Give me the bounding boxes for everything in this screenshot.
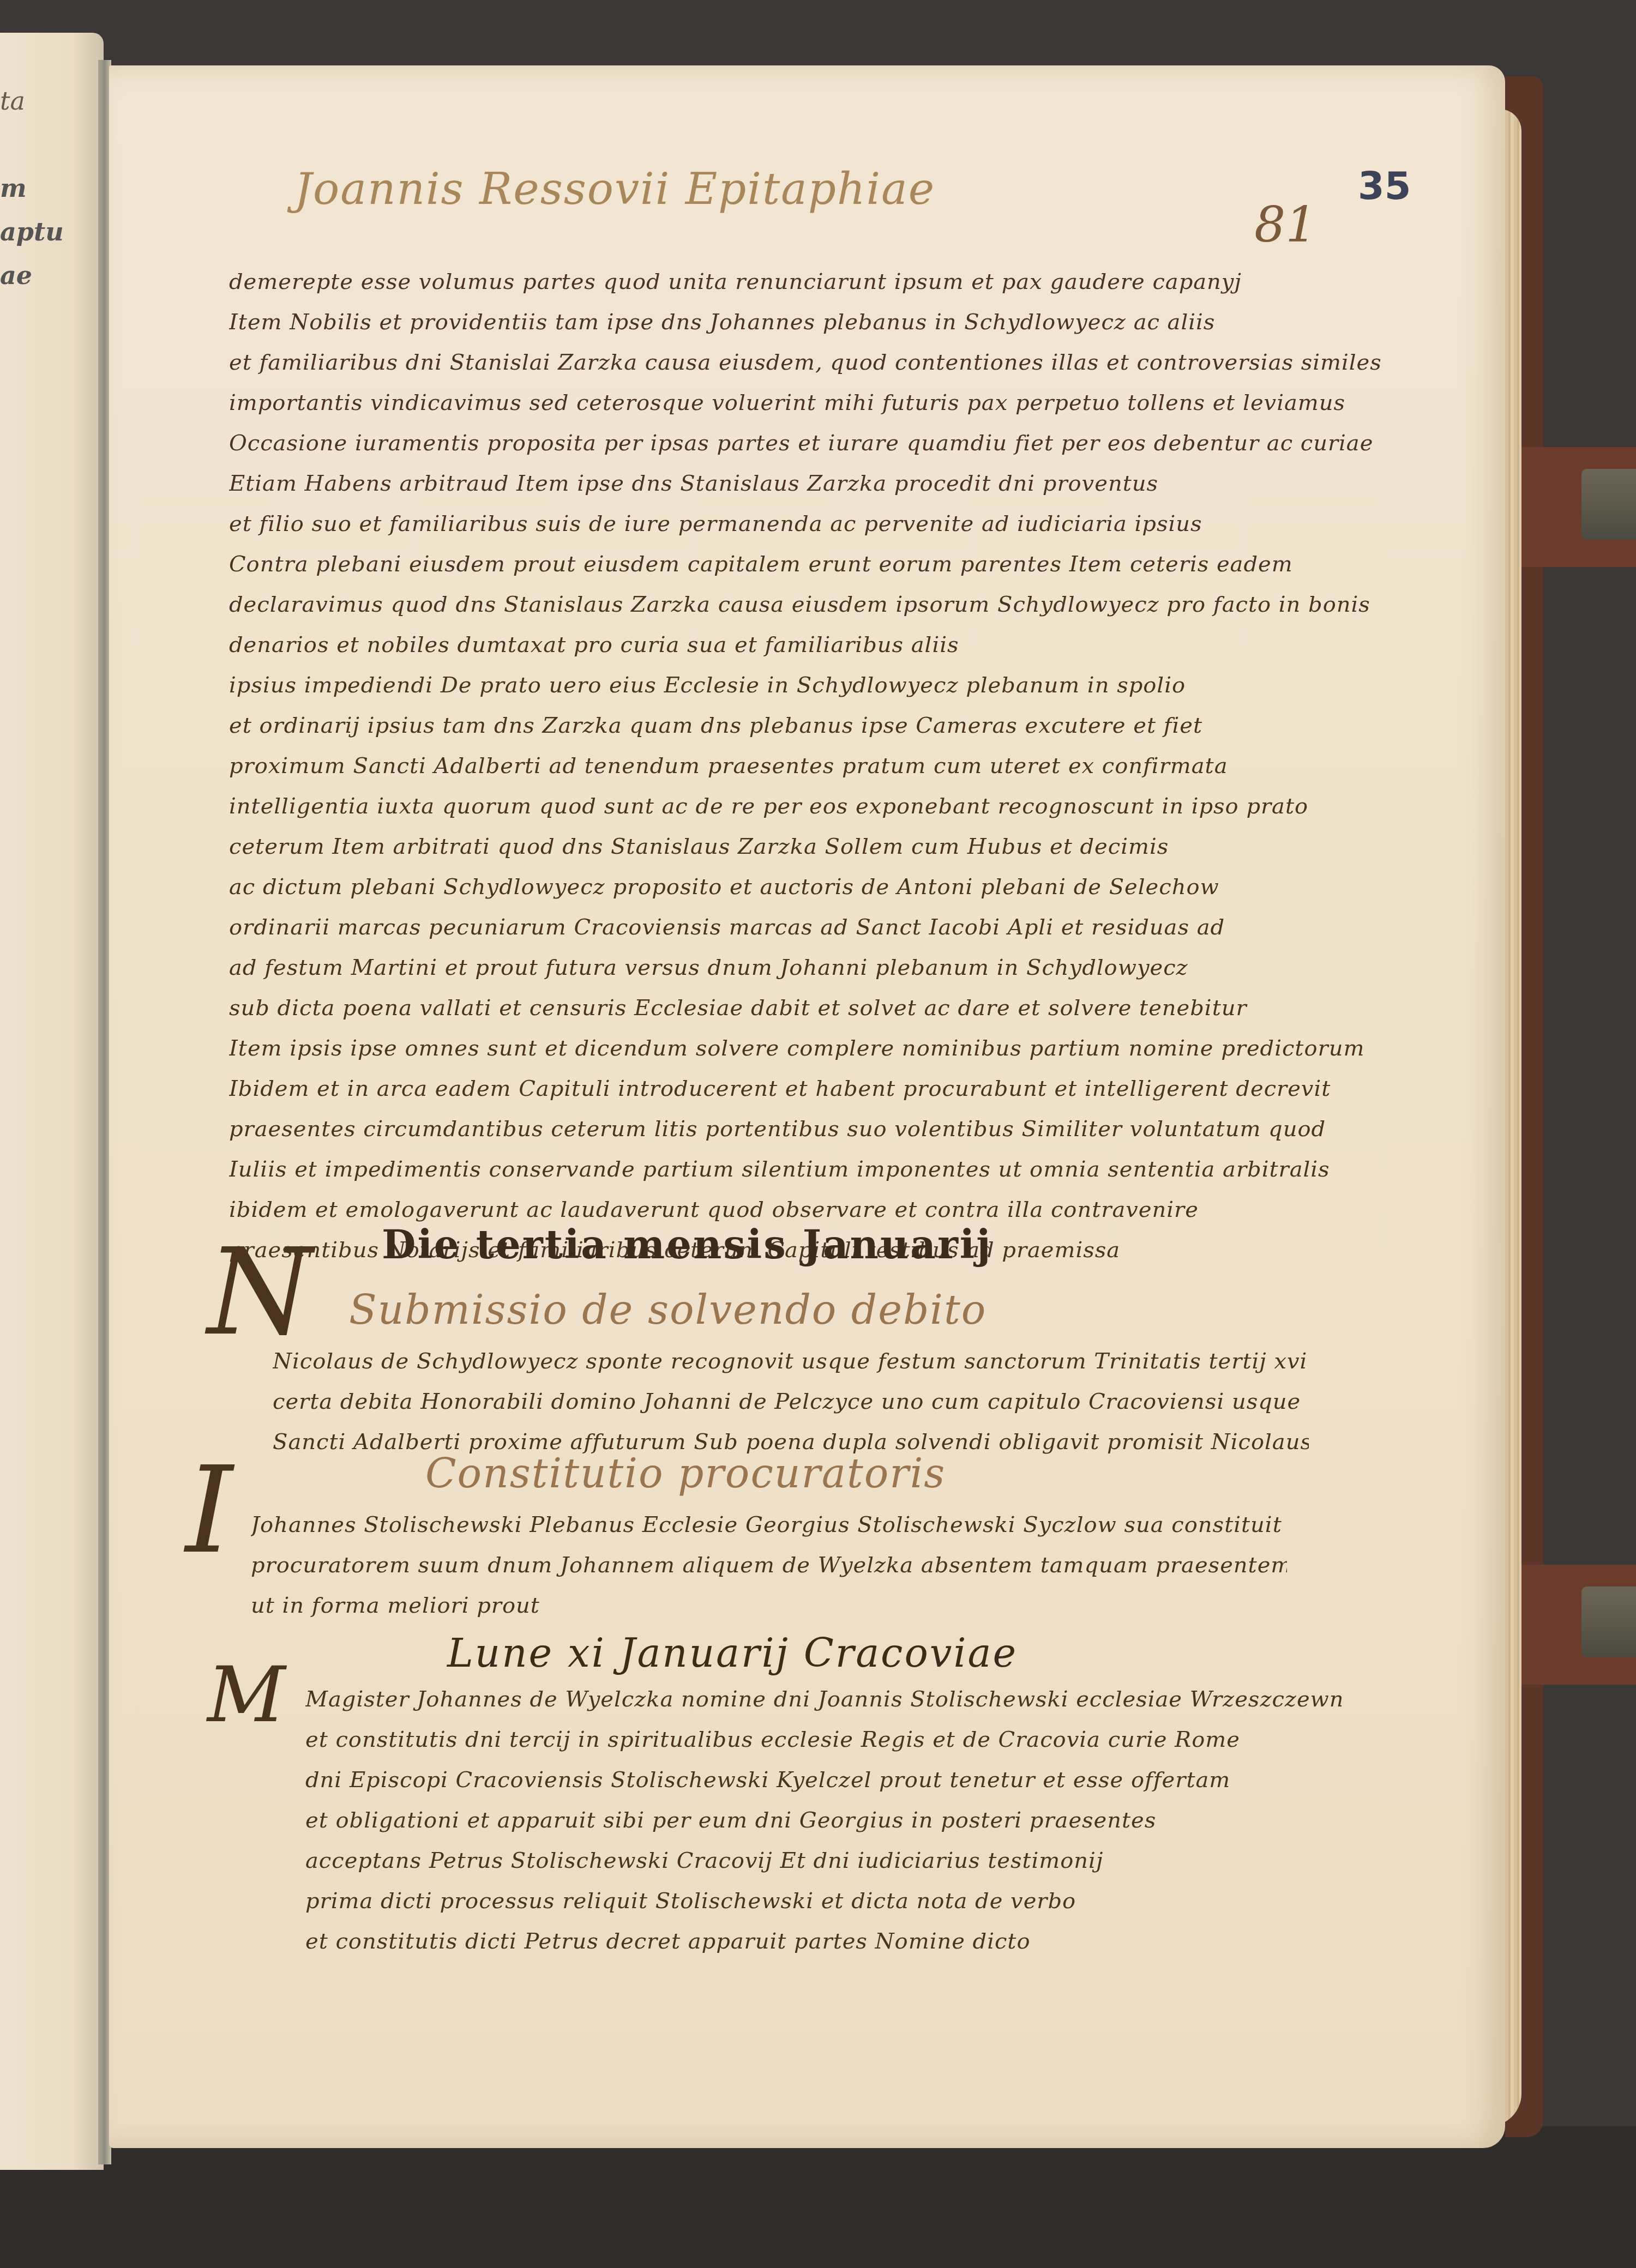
decorated-initial: I	[185, 1450, 233, 1570]
text-line: ut in forma meliori prout	[251, 1585, 1287, 1626]
text-line: denarios et nobiles dumtaxat pro curia s…	[229, 625, 1396, 665]
text-line: certa debita Honorabili domino Johanni d…	[273, 1382, 1309, 1422]
text-line: sub dicta poena vallati et censuris Eccl…	[229, 988, 1396, 1028]
section-date-heading: Die tertia mensis Januarij	[382, 1221, 992, 1268]
left-page-heading-3: ae	[0, 262, 98, 289]
text-line: declaravimus quod dns Stanislaus Zarzka …	[229, 584, 1396, 625]
text-line: Contra plebani eiusdem prout eiusdem cap…	[229, 544, 1396, 584]
text-line: demerepte esse volumus partes quod unita…	[229, 262, 1396, 302]
text-line: Etiam Habens arbitraud Item ipse dns Sta…	[229, 463, 1396, 504]
text-line: importantis vindicavimus sed ceterosque …	[229, 383, 1396, 423]
text-line: acceptans Petrus Stolischewski Cracovij …	[305, 1841, 1342, 1881]
entry-text: Nicolaus de Schydlowyecz sponte recognov…	[273, 1341, 1309, 1462]
text-line: Magister Johannes de Wyelczka nomine dni…	[305, 1679, 1342, 1720]
text-line: Nicolaus de Schydlowyecz sponte recognov…	[273, 1341, 1309, 1382]
text-line: ad festum Martini et prout futura versus…	[229, 948, 1396, 988]
text-line: et obligationi et apparuit sibi per eum …	[305, 1800, 1342, 1841]
text-line: dni Episcopi Cracoviensis Stolischewski …	[305, 1760, 1342, 1800]
clasp-strap-bottom	[1511, 1565, 1636, 1685]
text-line: ceterum Item arbitrati quod dns Stanisla…	[229, 827, 1396, 867]
text-line: Item ipsis ipse omnes sunt et dicendum s…	[229, 1028, 1396, 1069]
text-line: Ibidem et in arca eadem Capituli introdu…	[229, 1069, 1396, 1109]
section-rubric: Submissio de solvendo debito	[349, 1287, 987, 1334]
text-line: ordinarii marcas pecuniarum Cracoviensis…	[229, 907, 1396, 948]
text-line: et constitutis dicti Petrus decret appar…	[305, 1921, 1342, 1962]
text-line: procuratorem suum dnum Johannem aliquem …	[251, 1545, 1287, 1585]
entry-text: Magister Johannes de Wyelczka nomine dni…	[305, 1679, 1342, 1962]
text-line: prima dicti processus reliquit Stolische…	[305, 1881, 1342, 1921]
main-text-block: demerepte esse volumus partes quod unita…	[229, 262, 1396, 1270]
text-line: et ordinarij ipsius tam dns Zarzka quam …	[229, 705, 1396, 746]
left-page-heading-1: m	[0, 174, 98, 202]
entry-text: Johannes Stolischewski Plebanus Ecclesie…	[251, 1505, 1287, 1626]
left-page: ta m aptu ae	[0, 33, 104, 2170]
clasp-strap-top	[1511, 447, 1636, 567]
text-line: ac dictum plebani Schydlowyecz proposito…	[229, 867, 1396, 907]
archive-number: 35	[1358, 164, 1411, 208]
left-page-label: ta	[0, 87, 98, 115]
section-date-heading: Lune xi Januarij Cracoviae	[447, 1630, 1018, 1676]
text-line: et filio suo et familiaribus suis de iur…	[229, 504, 1396, 544]
folio-number: 81	[1254, 196, 1317, 254]
text-line: et familiaribus dni Stanislai Zarzka cau…	[229, 342, 1396, 383]
decorated-initial: N	[207, 1232, 312, 1352]
section-rubric: Constitutio procuratoris	[425, 1450, 946, 1497]
page-header-title: Joannis Ressovii Epitaphiae	[294, 164, 935, 214]
text-line: Iuliis et impedimentis conservande parti…	[229, 1149, 1396, 1190]
text-line: proximum Sancti Adalberti ad tenendum pr…	[229, 746, 1396, 786]
text-line: Item Nobilis et providentiis tam ipse dn…	[229, 302, 1396, 342]
text-line: praesentes circumdantibus ceterum litis …	[229, 1109, 1396, 1149]
text-line: Occasione iuramentis proposita per ipsas…	[229, 423, 1396, 463]
text-line: intelligentia iuxta quorum quod sunt ac …	[229, 786, 1396, 827]
text-line: ipsius impediendi De prato uero eius Ecc…	[229, 665, 1396, 705]
clasp-icon	[1581, 469, 1636, 540]
decorated-initial: M	[207, 1657, 285, 1734]
text-line: et constitutis dni tercij in spiritualib…	[305, 1720, 1342, 1760]
text-line: Johannes Stolischewski Plebanus Ecclesie…	[251, 1505, 1287, 1545]
left-page-heading-2: aptu	[0, 218, 98, 246]
clasp-icon	[1581, 1587, 1636, 1657]
